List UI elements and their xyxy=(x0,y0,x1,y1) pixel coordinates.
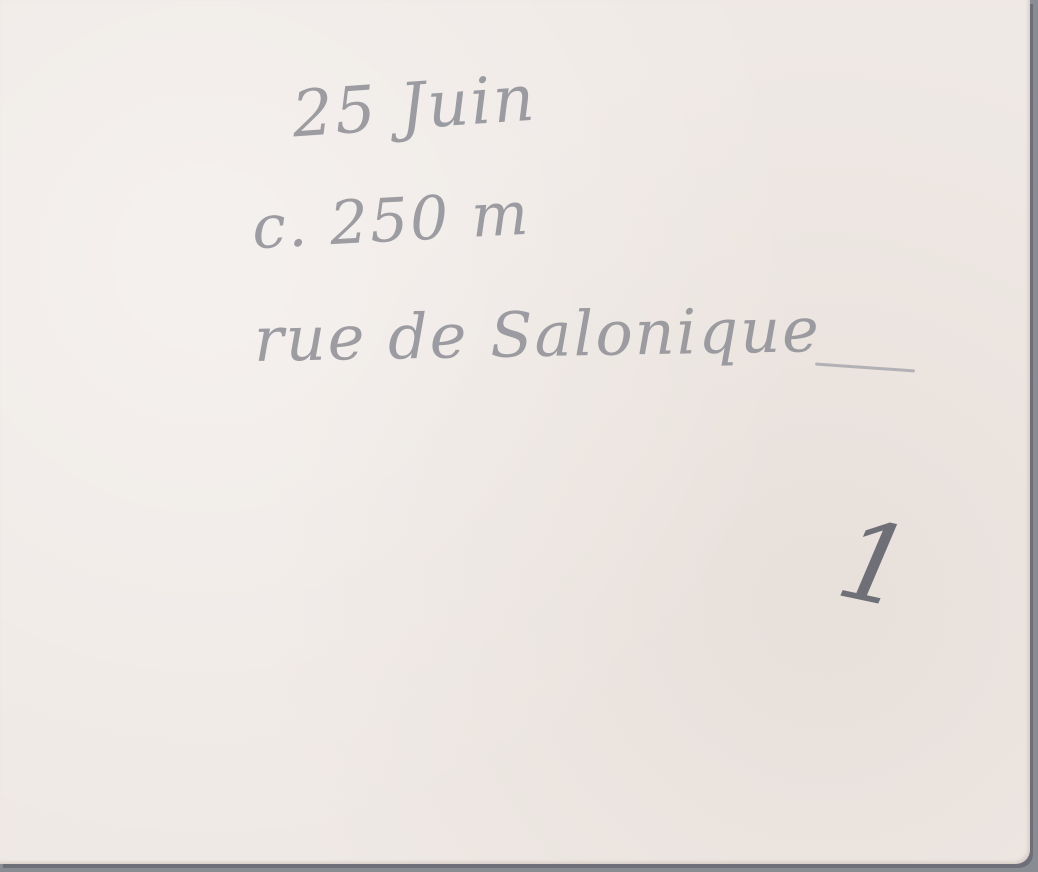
pen-stroke-tail xyxy=(815,363,915,373)
card-back: 25 Juin c. 250 m rue de Salonique 1 xyxy=(0,0,1030,864)
handwritten-number-mark: 1 xyxy=(827,494,922,634)
handwritten-distance: c. 250 m xyxy=(250,179,532,263)
handwritten-date: 25 Juin xyxy=(290,62,539,153)
handwritten-location: rue de Salonique xyxy=(253,293,821,376)
